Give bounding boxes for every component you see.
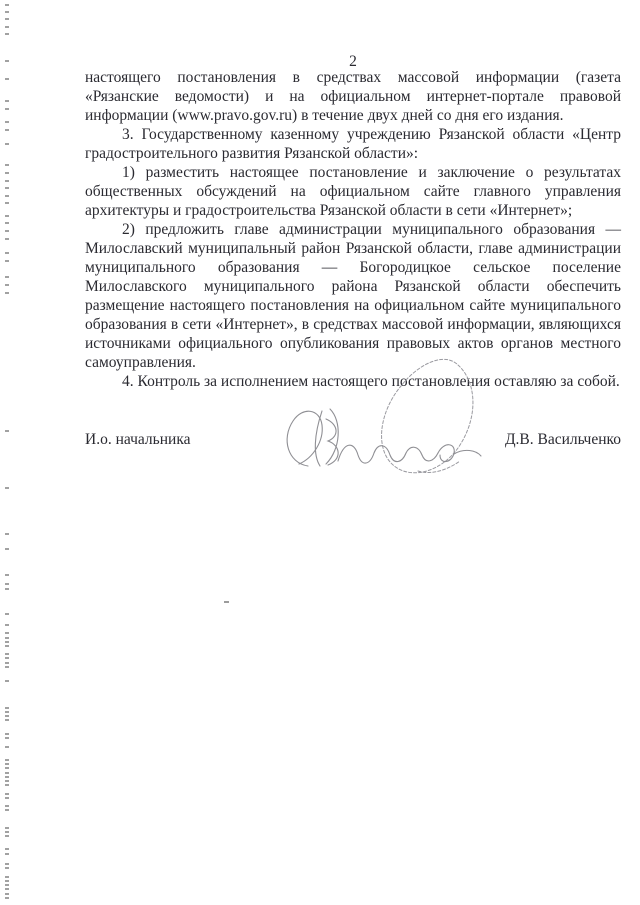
scan-mark — [5, 776, 9, 778]
scan-mark — [5, 637, 9, 639]
scan-mark — [5, 835, 9, 837]
scanned-page: 2 настоящего постановления в средствах м… — [0, 0, 640, 905]
scan-mark — [5, 867, 9, 869]
scan-mark — [5, 733, 9, 735]
scan-mark — [5, 632, 9, 634]
scan-mark — [5, 746, 9, 748]
scan-mark — [5, 143, 9, 145]
paragraph: 1) разместить настоящее постановление и … — [85, 163, 621, 220]
scan-mark — [5, 230, 9, 232]
signature-block: И.о. начальника Д.В. Васильченко — [85, 430, 621, 449]
scan-mark — [5, 763, 9, 765]
scan-mark — [5, 180, 9, 182]
scan-mark — [5, 202, 9, 204]
scan-mark — [5, 624, 9, 626]
scan-mark — [5, 715, 9, 717]
scan-mark — [5, 284, 9, 286]
paragraph: 3. Государственному казенному учреждению… — [85, 125, 621, 163]
scan-mark — [5, 100, 9, 102]
scan-edge-artifacts — [0, 0, 14, 905]
scan-mark — [5, 880, 9, 882]
scan-mark — [5, 893, 9, 895]
scan-mark — [5, 78, 9, 80]
scan-mark — [5, 662, 9, 664]
scan-mark — [5, 863, 9, 865]
scan-mark — [5, 772, 9, 774]
scan-mark — [5, 876, 9, 878]
scan-mark — [5, 430, 9, 432]
scan-mark — [5, 707, 9, 709]
scan-mark — [5, 897, 9, 899]
scan-mark — [5, 588, 9, 590]
scan-mark — [5, 884, 9, 886]
paragraph: настоящего постановления в средствах мас… — [85, 68, 621, 125]
scan-mark — [5, 129, 9, 131]
scan-mark — [5, 888, 9, 890]
scan-mark — [5, 60, 9, 62]
scan-mark — [5, 793, 9, 795]
scan-mark — [5, 797, 9, 799]
scan-mark — [5, 831, 9, 833]
scan-mark — [5, 260, 9, 262]
scan-mark — [5, 848, 9, 850]
handwritten-signature — [268, 353, 488, 483]
scan-mark — [5, 657, 9, 659]
scan-mark — [5, 583, 9, 585]
scan-mark — [5, 853, 9, 855]
scan-mark — [5, 641, 9, 643]
scan-mark — [5, 805, 9, 807]
scan-mark — [5, 666, 9, 668]
scan-mark — [5, 711, 9, 713]
scan-mark — [5, 222, 9, 224]
scan-mark — [5, 784, 9, 786]
signatory-name: Д.В. Васильченко — [505, 430, 621, 449]
scan-mark — [5, 164, 9, 166]
scan-mark — [5, 767, 9, 769]
scan-mark — [5, 238, 9, 240]
scan-mark — [5, 215, 9, 217]
scan-mark — [5, 680, 9, 682]
scan-mark — [5, 719, 9, 721]
scan-mark — [5, 187, 9, 189]
scan-mark — [5, 548, 9, 550]
scan-mark — [5, 121, 9, 123]
scan-mark — [224, 601, 229, 603]
scan-mark — [5, 809, 9, 811]
scan-mark — [5, 18, 9, 20]
document-body: настоящего постановления в средствах мас… — [85, 68, 621, 391]
scan-mark — [5, 4, 9, 6]
scan-mark — [5, 737, 9, 739]
scan-mark — [5, 108, 9, 110]
scan-mark — [5, 574, 9, 576]
scan-mark — [5, 653, 9, 655]
scan-mark — [5, 33, 9, 35]
scan-mark — [5, 533, 9, 535]
scan-mark — [5, 26, 9, 28]
scan-mark — [5, 759, 9, 761]
signatory-position: И.о. начальника — [85, 430, 191, 449]
scan-mark — [5, 487, 9, 489]
scan-mark — [5, 613, 9, 615]
scan-mark — [5, 645, 9, 647]
scan-mark — [5, 780, 9, 782]
scan-mark — [5, 827, 9, 829]
scan-mark — [5, 292, 9, 294]
scan-mark — [5, 195, 9, 197]
scan-mark — [5, 172, 9, 174]
paragraph: 2) предложить главе администрации муници… — [85, 220, 621, 372]
scan-mark — [5, 276, 9, 278]
scan-mark — [5, 252, 9, 254]
scan-mark — [5, 11, 9, 13]
